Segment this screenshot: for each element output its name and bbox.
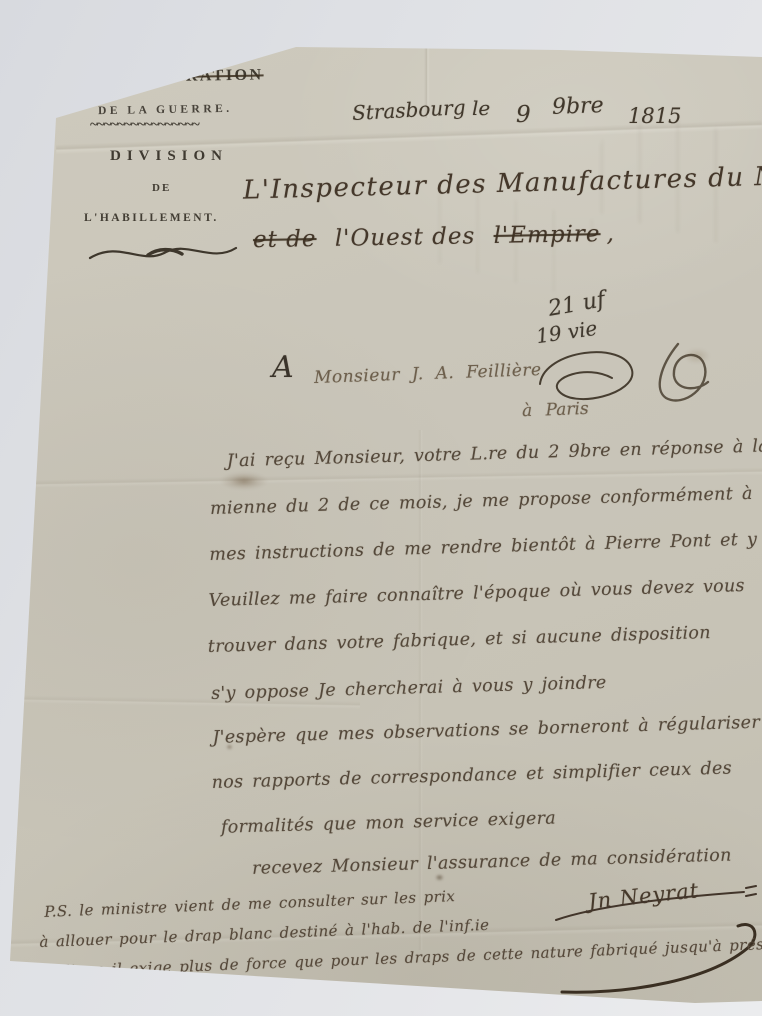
postscript-line: P.S. le ministre vient de me consulter s… bbox=[44, 887, 456, 921]
postscript-line: à allouer pour le drap blanc destiné à l… bbox=[39, 916, 490, 951]
ministere-handwritten-correction: Ministère bbox=[87, 40, 205, 73]
letter-photo: Ministère ADMINISTRATION DE LA GUERRE. ~… bbox=[0, 0, 762, 1016]
postscript-block: P.S. le ministre vient de me consulter s… bbox=[0, 0, 762, 1016]
paper-sheet: Ministère ADMINISTRATION DE LA GUERRE. ~… bbox=[0, 0, 762, 1016]
